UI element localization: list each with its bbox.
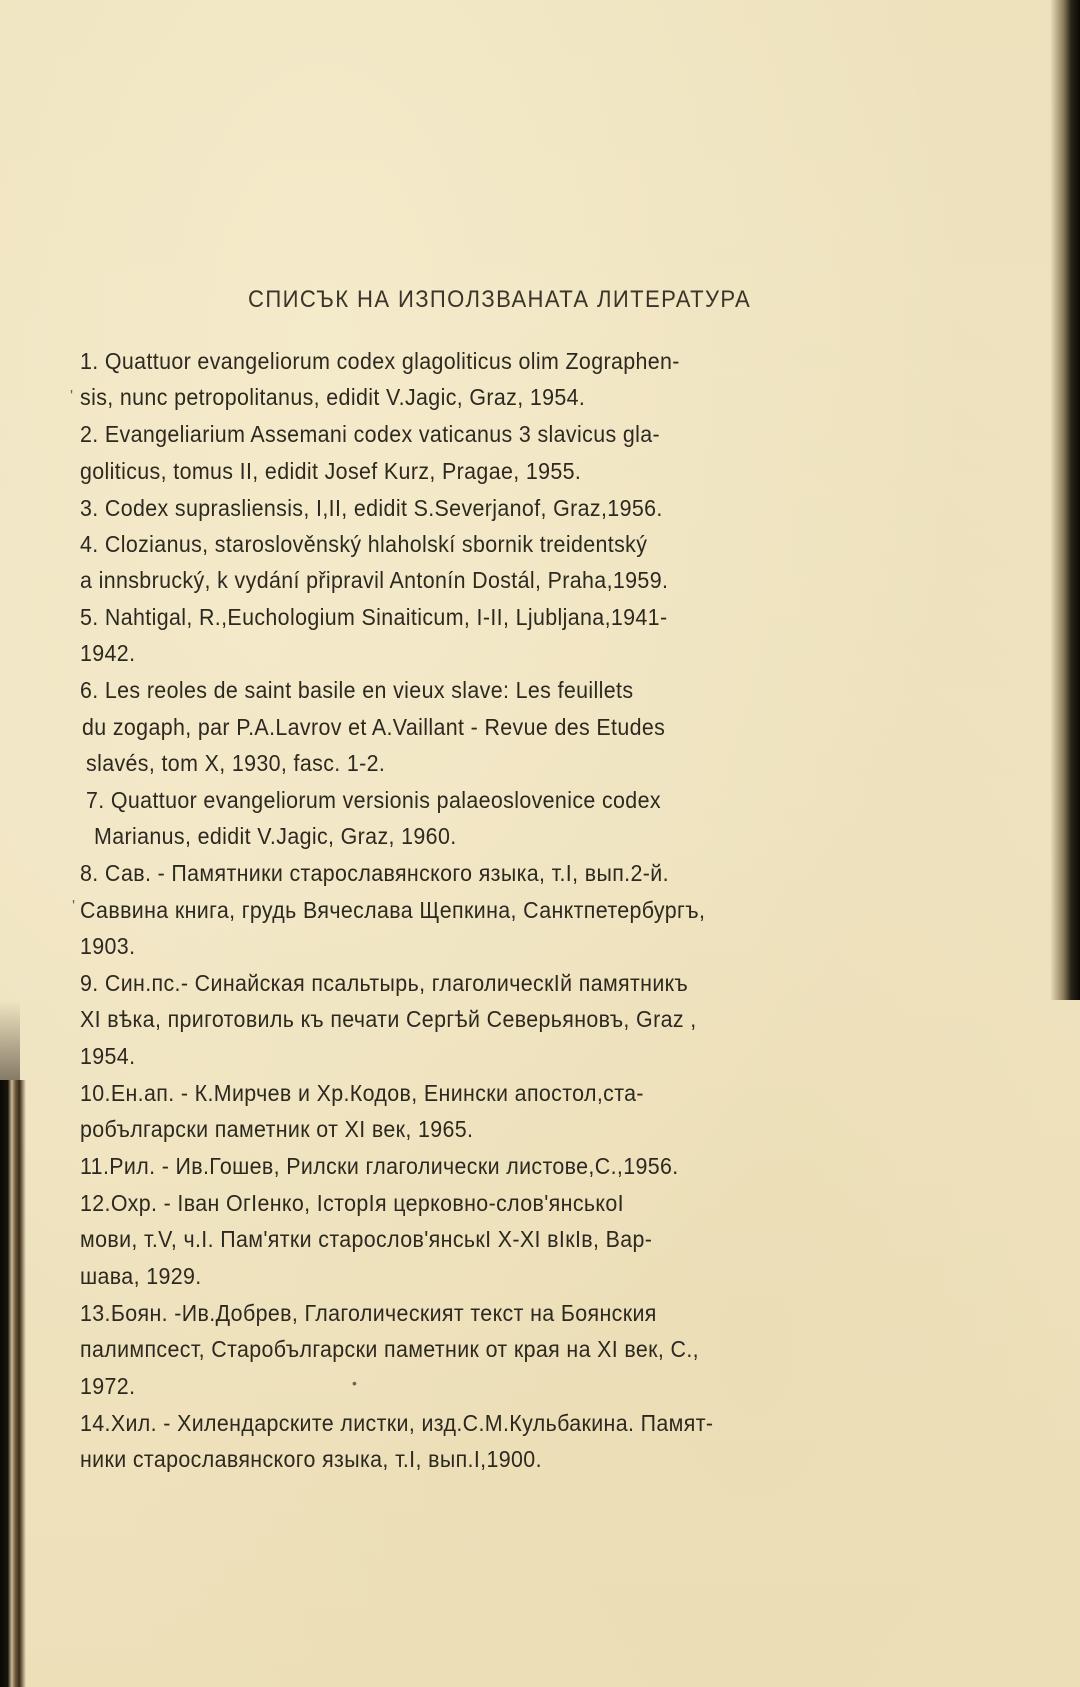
bibliography-line: 3. Codex suprasliensis, I,II, edidit S.S… [80,495,663,522]
bibliography-line: a innsbrucký, k vydání připravil Antonín… [80,567,668,594]
bibliography-line: робългарски паметник от XI век, 1965. [80,1116,473,1143]
bibliography-line: 6. Les reoles de saint basile en vieux s… [80,677,633,704]
margin-mark: ' [70,388,73,406]
bibliography-line: 11.Рил. - Ив.Гошев, Рилски глаголически … [80,1153,679,1180]
bibliography-line: sis, nunc petropolitanus, edidit V.Jagic… [80,384,585,411]
bibliography-line: 1903. [80,933,135,960]
bibliography-line: ники старославянского языка, т.I, вып.I,… [80,1446,542,1473]
ink-dot: • [352,1375,357,1391]
right-binding-edge [1050,0,1080,1000]
bibliography-line: 4. Clozianus, staroslověnský hlaholskí s… [80,531,647,558]
bibliography-line: 10.Ен.ап. - К.Мирчев и Хр.Кодов, Енински… [80,1080,644,1107]
bibliography-line: палимпсест, Старобългарски паметник от к… [80,1336,699,1363]
bibliography-line: мови, т.V, ч.I. Пам'ятки старослов'янськ… [80,1226,652,1253]
bibliography-line: шава, 1929. [80,1263,202,1290]
bibliography-line: 1942. [80,640,135,667]
bibliography-line: slavés, tom X, 1930, fasc. 1-2. [86,750,385,777]
bibliography-line: 7. Quattuor evangeliorum versionis palae… [86,787,661,814]
bibliography-line: 12.Охр. - Iван ОгIенко, IсторIя церковно… [80,1190,624,1217]
bibliography-line: 1972. [80,1373,135,1400]
bibliography-line: Marianus, edidit V.Jagic, Graz, 1960. [94,823,457,850]
bibliography-line: 2. Evangeliarium Assemani codex vaticanu… [80,421,660,448]
bibliography-line: 1954. [80,1043,135,1070]
scanned-page: СПИСЪК НА ИЗПОЛЗВАНАТА ЛИТЕРАТУРА 1. Qua… [0,0,1080,1687]
bibliography-line: 1. Quattuor evangeliorum codex glagoliti… [80,348,680,375]
bibliography-line: Саввина книга, грудь Вячеслава Щепкина, … [80,897,705,924]
bibliography-line: 13.Боян. -Ив.Добрев, Глаголическият текс… [80,1300,657,1327]
page-title: СПИСЪК НА ИЗПОЛЗВАНАТА ЛИТЕРАТУРА [248,286,751,314]
bibliography-line: XI вѣка, приготовиль къ печати Сергѣй Се… [80,1006,697,1033]
bibliography-line: goliticus, tomus II, edidit Josef Kurz, … [80,458,581,485]
bibliography-line: 9. Син.пс.- Синайская псальтырь, глаголи… [80,970,688,997]
bibliography-line: du zogaph, par P.A.Lavrov et A.Vaillant … [82,714,665,741]
bibliography-line: 8. Сав. - Памятники старославянского язы… [80,860,669,887]
margin-mark: ' [72,898,75,916]
bibliography-line: 14.Хил. - Хилендарските листки, изд.С.М.… [80,1410,713,1437]
left-binding-edge [0,1080,26,1687]
bibliography-line: 5. Nahtigal, R.,Euchologium Sinaiticum, … [80,604,667,631]
left-edge-shadow [0,1000,20,1090]
